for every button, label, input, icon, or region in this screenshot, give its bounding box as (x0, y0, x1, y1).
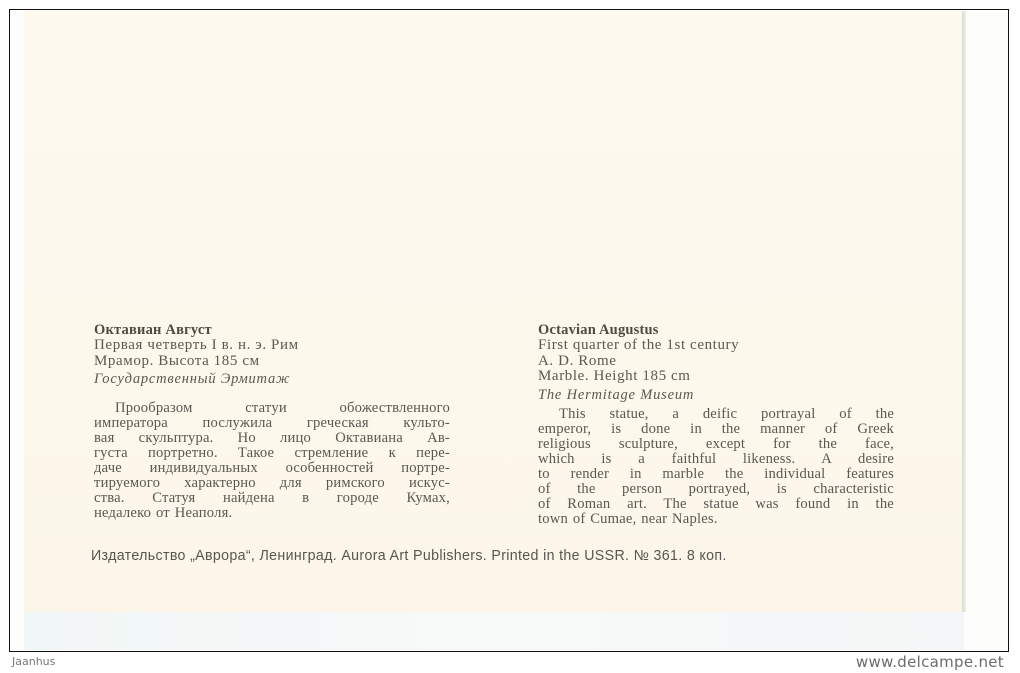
artwork-title-ru: Октавиан Август (94, 322, 450, 338)
postcard-edge (962, 11, 966, 612)
description-line: императора послужила греческая культо- (94, 416, 450, 431)
description-line: of Roman art. The statue was found in th… (538, 497, 894, 512)
material-en: Marble. Height 185 cm (538, 369, 894, 385)
description-line: which is a faithful likeness. A desire (538, 452, 894, 467)
description-line: to render in marble the individual featu… (538, 467, 894, 482)
description-line: emperor, is done in the manner of Greek (538, 422, 894, 437)
description-line: town of Cumae, near Naples. (538, 512, 894, 527)
description-line: Прообразом статуи обожествленного (94, 401, 450, 416)
site-watermark: www.delcampe.net (856, 653, 1004, 671)
description-ru: Прообразом статуи обожествленного импера… (94, 401, 450, 521)
russian-caption: Октавиан Август Первая четверть I в. н. … (94, 322, 450, 521)
description-line: даче индивидуальных особенностей портре- (94, 461, 450, 476)
english-caption: Octavian Augustus First quarter of the 1… (538, 322, 894, 527)
seller-watermark: Jaanhus (12, 655, 55, 668)
description-line: This statue, a deific portrayal of the (538, 407, 894, 422)
description-line: religious sculpture, except for the face… (538, 437, 894, 452)
date-line1-en: First quarter of the 1st century (538, 338, 894, 354)
description-line: вая скульптура. Но лицо Октавиана Ав- (94, 431, 450, 446)
material-ru: Мрамор. Высота 185 см (94, 354, 450, 370)
description-line: густа портретно. Такое стремление к пере… (94, 446, 450, 461)
date-place-ru: Первая четверть I в. н. э. Рим (94, 338, 450, 354)
artwork-title-en: Octavian Augustus (538, 322, 894, 338)
museum-ru: Государственный Эрмитаж (94, 370, 450, 388)
publisher-imprint: Издательство „Аврора“, Ленинград. Aurora… (91, 547, 877, 565)
scan-background (24, 612, 964, 650)
description-line: недалеко от Неаполя. (94, 506, 450, 521)
description-line: тируемого характерно для римского искус- (94, 476, 450, 491)
museum-en: The Hermitage Museum (538, 386, 894, 404)
description-line: ства. Статуя найдена в городе Кумах, (94, 491, 450, 506)
description-en: This statue, a deific portrayal of the e… (538, 407, 894, 527)
date-line2-en: A. D. Rome (538, 354, 894, 370)
description-line: of the person portrayed, is characterist… (538, 482, 894, 497)
